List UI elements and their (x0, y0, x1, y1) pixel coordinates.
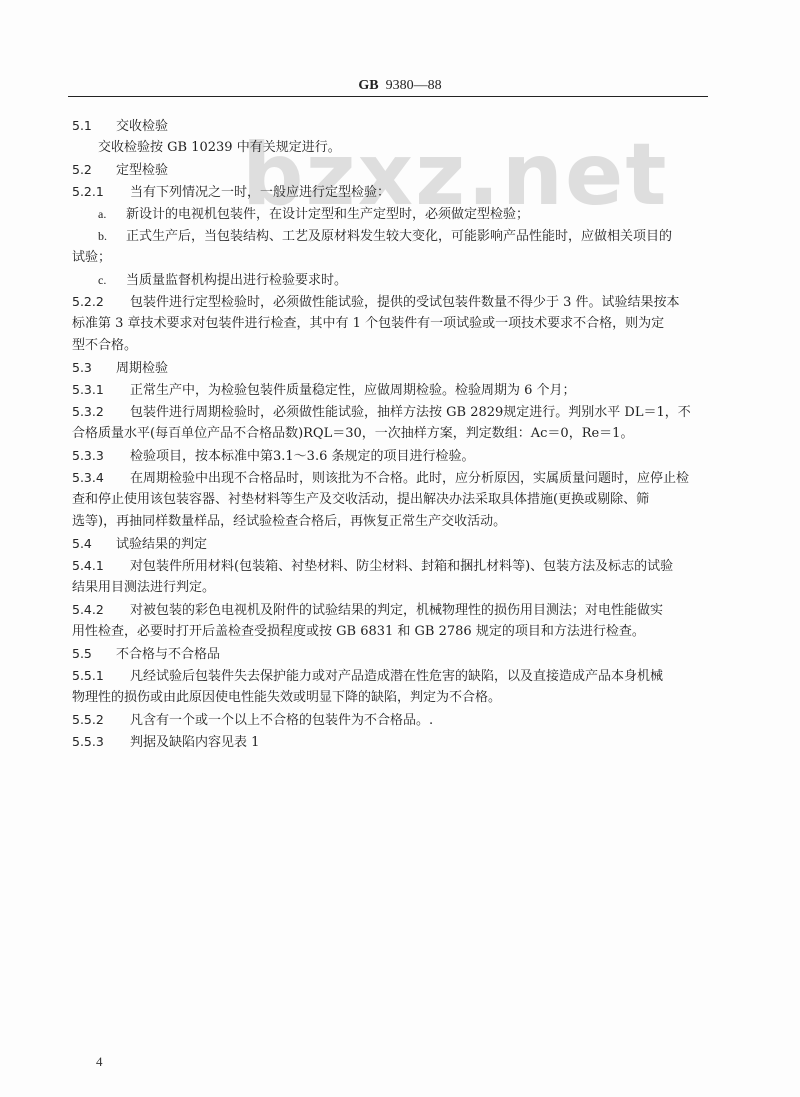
list-item-c: c.当质量监督机构提出进行检验要求时。 (72, 269, 708, 291)
continuation-text: 查和停止使用该包装容器、衬垫材料等生产及交收活动，提出解决办法采取具体措施(更换… (72, 492, 649, 507)
clause-text: 凡经试验后包装件失去保护能力或对产品造成潜在性危害的缺陷，以及直接造成产品本身机… (130, 669, 663, 684)
section-number: 5.2 (72, 159, 116, 181)
section-number: 5.3 (72, 357, 116, 379)
list-text: 当质量监督机构提出进行检验要求时。 (126, 273, 347, 288)
paragraph-line: 交收检验按 GB 10239 中有关规定进行。 (72, 137, 708, 159)
clause-5-4-1: 5.4.1对包装件所用材料(包装箱、衬垫材料、防尘材料、封箱和捆扎材料等)、包装… (72, 555, 708, 577)
clause-number: 5.2.2 (72, 291, 130, 313)
clause-5-3-3: 5.3.3检验项目，按本标准中第3.1～3.6 条规定的项目进行检验。 (72, 445, 708, 467)
section-number: 5.5 (72, 643, 116, 665)
clause-text: 在周期检验中出现不合格品时，则该批为不合格。此时，应分析原因，实属质量问题时，应… (130, 471, 689, 486)
clause-number: 5.4.1 (72, 555, 130, 577)
clause-5-4-2: 5.4.2对被包装的彩色电视机及附件的试验结果的判定，机械物理性的损伤用目测法；… (72, 599, 708, 621)
continuation-text: 选等)，再抽同样数量样品，经试验检查合格后，再恢复正常生产交收活动。 (72, 514, 506, 529)
section-title: 不合格与不合格品 (116, 647, 220, 662)
continuation-text: 用性检查，必要时打开后盖检查受损程度或按 GB 6831 和 GB 2786 规… (72, 624, 645, 639)
standard-prefix: GB (358, 78, 378, 93)
list-letter: a. (98, 203, 126, 225)
clause-number: 5.5.3 (72, 731, 130, 753)
continuation-text: 标准第 3 章技术要求对包装件进行检查，其中有 1 个包装件有一项试验或一项技术… (72, 316, 664, 331)
clause-number: 5.5.2 (72, 709, 130, 731)
section-heading-5-2: 5.2定型检验 (72, 159, 708, 181)
clause-number: 5.3.4 (72, 467, 130, 489)
clause-5-3-2: 5.3.2包装件进行周期检验时，必须做性能试验，抽样方法按 GB 2829规定进… (72, 401, 708, 423)
section-heading-5-1: 5.1交收检验 (72, 115, 708, 137)
continuation-text: 合格质量水平(每百单位产品不合格品数)RQL＝30，一次抽样方案，判定数组：Ac… (72, 426, 633, 441)
clause-5-5-1: 5.5.1凡经试验后包装件失去保护能力或对产品造成潜在性危害的缺陷，以及直接造成… (72, 665, 708, 687)
section-title: 周期检验 (116, 361, 168, 376)
clause-text: 包装件进行周期检验时，必须做性能试验，抽样方法按 GB 2829规定进行。判别水… (130, 405, 691, 420)
clause-5-2-2: 5.2.2包装件进行定型检验时，必须做性能试验，提供的受试包装件数量不得少于 3… (72, 291, 708, 313)
continuation-line: 用性检查，必要时打开后盖检查受损程度或按 GB 6831 和 GB 2786 规… (72, 621, 708, 643)
clause-5-5-3: 5.5.3判据及缺陷内容见表 1 (72, 731, 708, 753)
continuation-line: 物理性的损伤或由此原因使电性能失效或明显下降的缺陷，判定为不合格。 (72, 687, 708, 709)
section-number: 5.4 (72, 533, 116, 555)
standard-header: GB9380—88 (0, 78, 800, 94)
document-body: 5.1交收检验 交收检验按 GB 10239 中有关规定进行。 5.2定型检验 … (72, 115, 708, 753)
continuation-line: 选等)，再抽同样数量样品，经试验检查合格后，再恢复正常生产交收活动。 (72, 511, 708, 533)
clause-text: 当有下列情况之一时，一般应进行定型检验： (130, 185, 390, 200)
clause-text: 包装件进行定型检验时，必须做性能试验，提供的受试包装件数量不得少于 3 件。试验… (130, 295, 680, 310)
clause-text: 检验项目，按本标准中第3.1～3.6 条规定的项目进行检验。 (130, 449, 474, 464)
header-divider (68, 96, 708, 97)
list-text: 新设计的电视机包装件，在设计定型和生产定型时，必须做定型检验； (126, 207, 529, 222)
continuation-text: 试验； (72, 250, 111, 265)
paragraph-text: 交收检验按 GB 10239 中有关规定进行。 (98, 140, 341, 155)
standard-number: 9380—88 (386, 78, 442, 93)
clause-5-3-4: 5.3.4在周期检验中出现不合格品时，则该批为不合格。此时，应分析原因，实属质量… (72, 467, 708, 489)
clause-text: 正常生产中，为检验包装件质量稳定性，应做周期检验。检验周期为 6 个月； (130, 383, 576, 398)
list-text: 正式生产后，当包装结构、工艺及原材料发生较大变化，可能影响产品性能时，应做相关项… (126, 229, 672, 244)
continuation-line: 合格质量水平(每百单位产品不合格品数)RQL＝30，一次抽样方案，判定数组：Ac… (72, 423, 708, 445)
clause-text: 凡含有一个或一个以上不合格的包装件为不合格品。. (130, 713, 433, 728)
continuation-text: 物理性的损伤或由此原因使电性能失效或明显下降的缺陷，判定为不合格。 (72, 690, 501, 705)
continuation-line: 标准第 3 章技术要求对包装件进行检查，其中有 1 个包装件有一项试验或一项技术… (72, 313, 708, 335)
continuation-line: 型不合格。 (72, 335, 708, 357)
clause-number: 5.3.1 (72, 379, 130, 401)
continuation-text: 型不合格。 (72, 338, 137, 353)
section-title: 试验结果的判定 (116, 537, 207, 552)
clause-5-5-2: 5.5.2凡含有一个或一个以上不合格的包装件为不合格品。. (72, 709, 708, 731)
section-heading-5-5: 5.5不合格与不合格品 (72, 643, 708, 665)
list-item-a: a.新设计的电视机包装件，在设计定型和生产定型时，必须做定型检验； (72, 203, 708, 225)
continuation-line: 试验； (72, 247, 708, 269)
clause-5-3-1: 5.3.1正常生产中，为检验包装件质量稳定性，应做周期检验。检验周期为 6 个月… (72, 379, 708, 401)
clause-number: 5.2.1 (72, 181, 130, 203)
document-page: bzxz.net GB9380—88 5.1交收检验 交收检验按 GB 1023… (0, 0, 800, 1097)
clause-5-2-1: 5.2.1当有下列情况之一时，一般应进行定型检验： (72, 181, 708, 203)
clause-number: 5.3.2 (72, 401, 130, 423)
clause-number: 5.4.2 (72, 599, 130, 621)
clause-text: 对被包装的彩色电视机及附件的试验结果的判定，机械物理性的损伤用目测法；对电性能做… (130, 603, 663, 618)
list-letter: c. (98, 269, 126, 291)
list-letter: b. (98, 225, 126, 247)
clause-text: 对包装件所用材料(包装箱、衬垫材料、防尘材料、封箱和捆扎材料等)、包装方法及标志… (130, 559, 673, 574)
section-heading-5-3: 5.3周期检验 (72, 357, 708, 379)
clause-number: 5.3.3 (72, 445, 130, 467)
section-number: 5.1 (72, 115, 116, 137)
continuation-line: 结果用目测法进行判定。 (72, 577, 708, 599)
clause-text: 判据及缺陷内容见表 1 (130, 735, 259, 750)
continuation-line: 查和停止使用该包装容器、衬垫材料等生产及交收活动，提出解决办法采取具体措施(更换… (72, 489, 708, 511)
clause-number: 5.5.1 (72, 665, 130, 687)
section-title: 交收检验 (116, 119, 168, 134)
continuation-text: 结果用目测法进行判定。 (72, 580, 215, 595)
page-number: 4 (96, 1054, 103, 1070)
section-heading-5-4: 5.4试验结果的判定 (72, 533, 708, 555)
section-title: 定型检验 (116, 163, 168, 178)
list-item-b: b.正式生产后，当包装结构、工艺及原材料发生较大变化，可能影响产品性能时，应做相… (72, 225, 708, 247)
